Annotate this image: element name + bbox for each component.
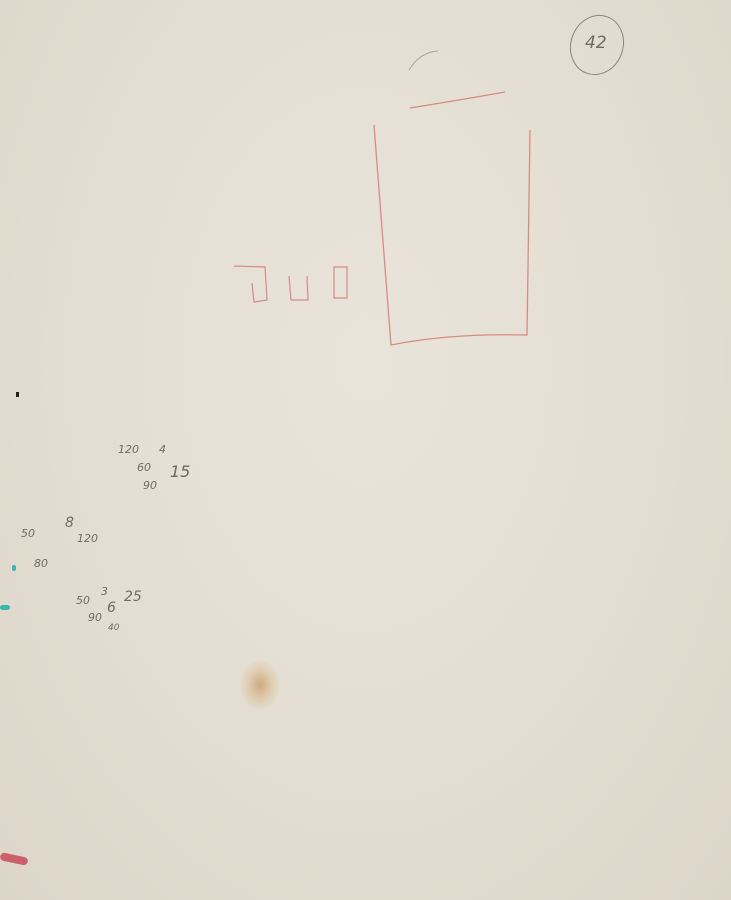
note: 80 bbox=[34, 558, 48, 569]
note: 60 bbox=[137, 462, 151, 473]
note: 4 bbox=[159, 444, 166, 455]
note: 25 bbox=[124, 590, 142, 604]
note: 90 bbox=[143, 480, 157, 491]
page-number: 42 bbox=[585, 35, 607, 52]
note: 6 bbox=[107, 601, 116, 615]
red-pencil-sketch bbox=[0, 0, 731, 900]
note: 120 bbox=[118, 444, 139, 455]
note: 8 bbox=[65, 516, 74, 530]
foxing-stain bbox=[240, 660, 280, 710]
note: 3 bbox=[101, 586, 108, 597]
note: 120 bbox=[77, 533, 98, 544]
note: 50 bbox=[21, 528, 35, 539]
cyan-speck bbox=[12, 565, 16, 571]
cyan-speck bbox=[0, 605, 10, 610]
note: 90 bbox=[88, 612, 102, 623]
note: 40 bbox=[108, 624, 119, 633]
paper-sheet: 42 120 60 4 90 15 50 8 120 80 50 3 6 25 … bbox=[0, 0, 731, 900]
note: 50 bbox=[76, 595, 90, 606]
note: 15 bbox=[170, 464, 190, 480]
dark-speck bbox=[16, 392, 19, 397]
